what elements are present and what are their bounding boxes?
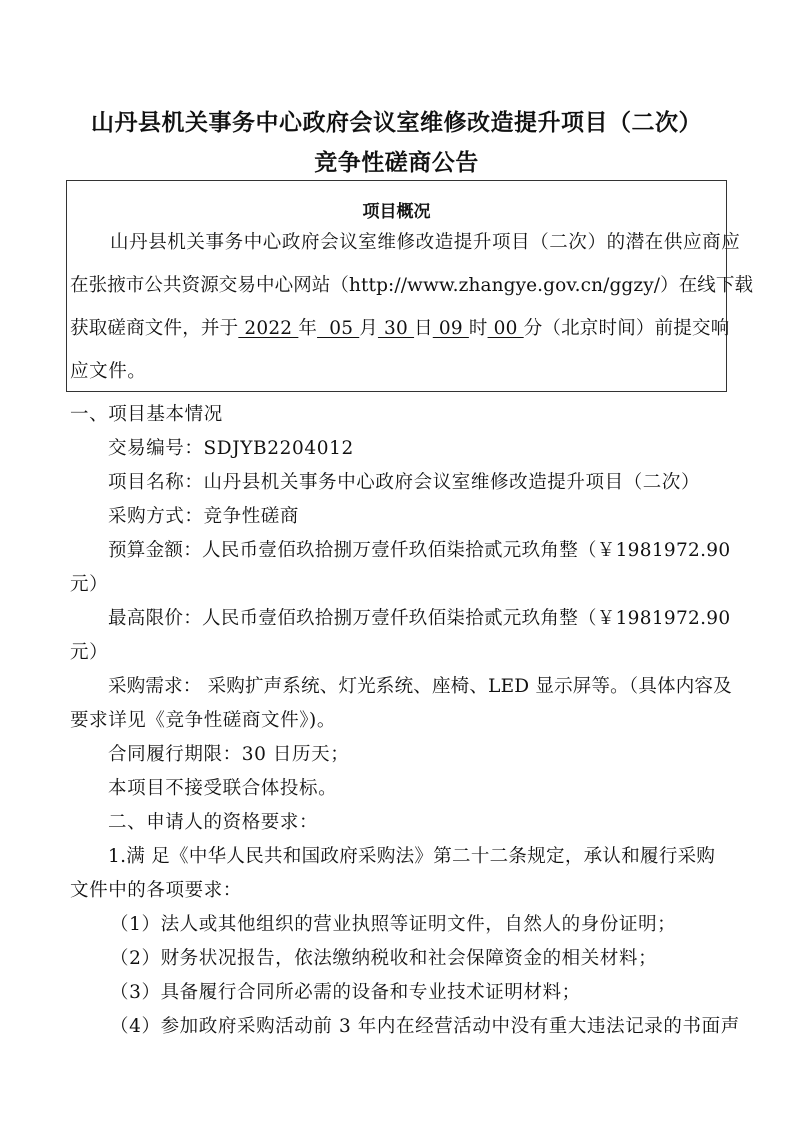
overview-heading: 项目概况: [67, 197, 726, 222]
max-price-cont: 元）: [70, 642, 108, 664]
deadline-month: 05: [317, 318, 359, 339]
section2-heading: 二、申请人的资格要求：: [108, 812, 318, 834]
month-label: 月: [359, 318, 378, 339]
overview-line-2: 在张掖市公共资源交易中心网站（http://www.zhangye.gov.cn…: [70, 275, 753, 297]
qualification-sub-2: （2）财务状况报告，依法缴纳税收和社会保障资金的相关材料；: [110, 948, 657, 970]
day-label: 日: [414, 318, 433, 339]
budget-amount-cont: 元）: [70, 574, 108, 596]
document-title: 山丹县机关事务中心政府会议室维修改造提升项目（二次）: [0, 104, 793, 137]
document-subtitle: 竞争性磋商公告: [0, 144, 793, 177]
deadline-year: 2022: [238, 318, 298, 339]
deadline-day: 30: [378, 318, 414, 339]
max-price: 最高限价：人民币壹佰玖拾捌万壹仟玖佰柒拾贰元玖角整（￥1981972.90: [108, 608, 730, 630]
consortium-note: 本项目不接受联合体投标。: [108, 778, 337, 800]
deadline-hour: 09: [433, 318, 469, 339]
qualification-sub-4: （4）参加政府采购活动前 3 年内在经营活动中没有重大违法记录的书面声: [110, 1016, 740, 1038]
deadline-prefix: 获取磋商文件，并于: [70, 318, 238, 339]
section1-heading: 一、项目基本情况: [70, 404, 223, 426]
overview-line-1: 山丹县机关事务中心政府会议室维修改造提升项目（二次）的潜在供应商应: [110, 232, 740, 254]
qualification-item-1: 1.满 足《中华人民共和国政府采购法》第二十二条规定，承认和履行采购: [108, 846, 715, 868]
hour-label: 时: [469, 318, 488, 339]
overview-line-3: 获取磋商文件，并于 2022 年 05 月 30 日 09 时 00 分（北京时…: [70, 318, 729, 340]
trade-number: 交易编号：SDJYB2204012: [108, 438, 354, 460]
qualification-item-1-cont: 文件中的各项要求：: [70, 880, 242, 902]
contract-period: 合同履行期限：30 日历天；: [108, 744, 349, 766]
year-label: 年: [298, 318, 317, 339]
minute-label: 分: [524, 318, 543, 339]
project-name: 项目名称：山丹县机关事务中心政府会议室维修改造提升项目（二次）: [108, 472, 700, 494]
deadline-suffix: （北京时间）前提交响: [542, 318, 729, 339]
qualification-sub-1: （1）法人或其他组织的营业执照等证明文件，自然人的身份证明；: [110, 914, 676, 936]
overview-line-4: 应文件。: [70, 361, 146, 383]
procurement-demand: 采购需求： 采购扩声系统、灯光系统、座椅、LED 显示屏等。（具体内容及: [108, 676, 732, 698]
qualification-sub-3: （3）具备履行合同所必需的设备和专业技术证明材料；: [110, 982, 581, 1004]
procurement-demand-cont: 要求详见《竞争性磋商文件》)。: [70, 710, 336, 732]
budget-amount: 预算金额：人民币壹佰玖拾捌万壹仟玖佰柒拾贰元玖角整（￥1981972.90: [108, 540, 730, 562]
deadline-minute: 00: [488, 318, 524, 339]
procurement-method: 采购方式：竞争性磋商: [108, 506, 299, 528]
